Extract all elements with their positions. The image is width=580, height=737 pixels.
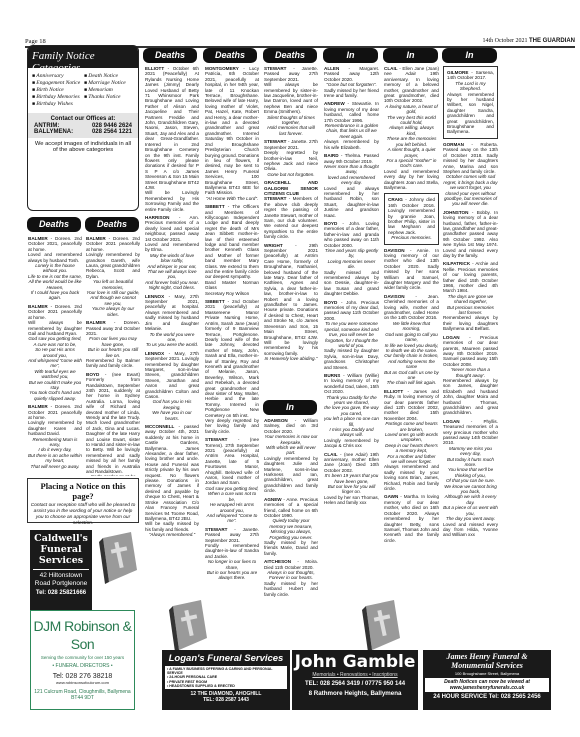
bible-cross-icon [165,598,210,653]
memoriam-column-3: CLAIL - Ellen Jane (Joan) nee Adair 19th… [384,66,439,646]
deaths-column-3: ELLIOTT - October 6th 2021 (Peacefully) … [145,66,199,561]
notice-entry: BALMER - Doreen. 2nd October 2021, peace… [28,236,82,301]
notice-entry: BALMER - Doreen. 2nd October 2021 peacef… [28,304,82,401]
images-note: We accept images of individuals in all o… [28,138,138,156]
notice-entry: ALLEN - Margaret. Passed away 12th Octob… [324,66,379,98]
notice-entry: STEWART - (nee Torrens). 27th September … [205,437,259,524]
djm-robinson-ad: DJM Robinson & Son Serving the community… [30,610,135,710]
category-item: Death Notice [84,73,134,79]
notice-entry: CRAIG - Johnny died 16th October 2016. L… [384,193,439,244]
notice-entry: GORMAN - Roberta. Passed away on the 13t… [443,142,498,207]
notice-entry: ELLIOTT - October 6th 2021 (Peacefully) … [145,66,199,212]
notice-entry: BALMER - Doreen. Passed away 2nd October… [86,320,140,369]
notice-entry: WRIGHT - 29th September 2021 (peacefully… [264,243,318,362]
notice-entry: MCCONNELL - passed away October 4th, 202… [145,424,199,538]
memoriam-column-1b: ADAMSON - William Salmey, died on 3rd Oc… [264,418,318,643]
deaths-column-1: BALMER - Doreen. 2nd October 2021, peace… [28,236,82,476]
issue-date: 14th October 2021 THE GUARDIAN [483,38,576,44]
deaths-column-5: STEWART - Janette. Passed away 27th Sept… [264,66,318,396]
placing-text: Contact our reception staff who will be … [30,503,136,527]
deaths-column-2: BALMER - Doreen. 2nd October 2021 peacef… [86,236,140,476]
placing-title: Placing a Notice on this page? [30,481,136,501]
notice-entry: CLAIL - Ellen Jane (Joan) nee Adair 19th… [384,66,439,190]
notice-entry: ANDREW - Stewartie. In loving memory of … [324,101,379,150]
deaths-header: Deaths [143,48,197,63]
memoriam-column-2: ALLEN - Margaret. Passed away 12th Octob… [324,66,379,566]
notice-entry: STEWART - Janette. Passed away 27th Sept… [264,66,318,136]
categories-list: Anniversary Death Notice Engagement Noti… [28,68,138,110]
notice-entry: SIBBETT - 2nd October 2021 (peacefully) … [205,299,259,434]
james-henry-ad: James Henry Funeral & Monumental Service… [423,650,551,710]
notice-entry: BAIRD - Thelma. Passed away 9th October … [324,153,379,218]
notice-entry: ELLIOTT - James and Ruby. In loving memo… [384,389,439,492]
category-item: Thanks Notice [84,94,134,100]
category-item: Anniversary [32,73,82,79]
notice-entry: BOYD - (nee Ewart) Formerly from Randals… [86,372,140,476]
contact-offices: Contact our Offices at: ANTRIM:028 9446 … [28,113,138,138]
john-gamble-ad: John Gamble Memorials • Renovations • In… [292,650,418,710]
notice-entry: STEWART - Janette. Passed away 27th Sept… [205,527,259,581]
family-notice-categories: Family Notice Categories Anniversary Dea… [27,45,139,211]
notice-entry: AGNEW - Anne. Precious memories of a spe… [264,497,318,556]
notice-entry: CLAIL - (nee Adair) 19th anniversary, mo… [324,452,379,506]
notice-entry: BURNS - William (Willie) In loving memor… [324,373,379,449]
notice-entry: BOYD - John. Precious memories of my dea… [324,300,379,370]
bible-cross-icon [95,530,140,585]
notice-entry: GAWN - Martha. In loving memory of our d… [384,494,439,543]
notice-entry: DAVISON - Jean. Cherished memories of a … [384,294,439,386]
placing-notice-box: Placing a Notice on this page? Contact o… [27,478,139,523]
notice-entry: AITCHESON - Moira. Died 11th October 202… [264,559,318,597]
office-phone: 028 2564 1221 [92,129,132,135]
notice-entry: GILMORE - Sarsena, 14th October 2017.The… [443,66,498,139]
notice-entry: LENNOX - Mary, 27th September 2021, peac… [145,294,199,348]
notice-entry: JOHNSTON - Bobby. In loving memory of a … [443,210,498,259]
notice-entry: BOYD - John. Loving memories of a dear f… [324,221,379,297]
page-number: Page 18 [25,38,46,45]
categories-title: Family Notice Categories [28,46,138,68]
notice-entry: DAVISON - Annie. In loving memory of our… [384,248,439,291]
deaths-header: Deaths [27,217,81,232]
memoriam-header: In Memoriam [442,48,497,63]
category-item: Birthday Wishes [32,101,82,107]
deaths-column-4: MONTGOMERY - Lucy Patricia, 6th October … [205,66,259,586]
deaths-header: Deaths [203,48,257,63]
notice-entry: SIBBETT - The Officers and Members of Ki… [205,204,259,296]
memoriam-header: In Memoriam [323,48,378,63]
notice-entry: LENNOX - Mary, 27th September 2021. Lovi… [145,351,199,421]
category-item: Memoriam [84,87,134,93]
notice-entry: LOGAN - Phyllis. Treasured memories of a… [443,419,498,538]
memoriam-header: In Memoriam [383,48,438,63]
deaths-header: Deaths [85,217,139,232]
category-item: Birthday Memories [32,94,82,100]
notice-entry: GRACEHILL AND GALGORM SENIOR CITIZENS CL… [264,180,318,239]
notice-entry: BALMER - Doreen. 2nd October 2021 peacef… [86,236,140,317]
category-item: Engagement Notice [32,80,82,86]
notice-entry: HARRISON - Ann. Precious memories of a d… [145,215,199,291]
category-item: Marriage Notice [84,80,134,86]
category-item: Birth Notice [32,87,82,93]
memoriam-header: In Memoriam [263,400,317,415]
notice-entry: BALMER - Doreen. 2nd October 2021 peacef… [28,404,82,469]
bible-cross-icon [358,598,403,653]
memoriam-column-4: GILMORE - Sarsena, 14th October 2017.The… [443,66,498,646]
logans-funeral-ad: Logan's Funeral Services • A FAMILY BUSI… [162,650,290,710]
notice-entry: KILPATRICK - Archie and Nellie. Precious… [443,261,498,331]
notice-entry: LOGAN - Precious memories of our dear pa… [443,335,498,416]
notice-entry: ADAMSON - William Salmey, died on 3rd Oc… [264,418,318,494]
notice-entry: MONTGOMERY - Lucy Patricia, 6th October … [205,66,259,201]
notice-entry: STEWART - Janette. 27th September 2021.D… [264,139,318,177]
deaths-header: Deaths [263,48,317,63]
